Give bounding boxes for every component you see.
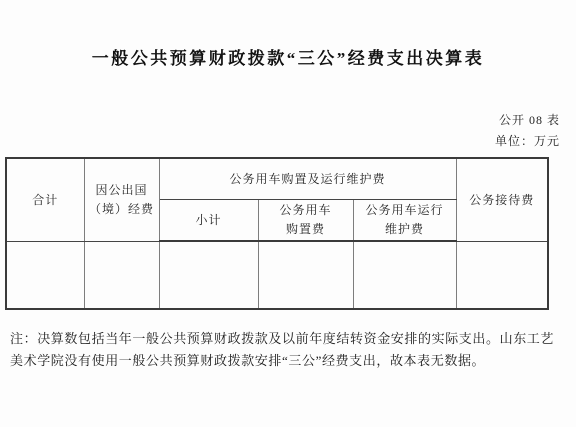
cell-vehicle-purchase	[258, 241, 353, 309]
footnote-line1: 注：决算数包括当年一般公共预算财政拨款及以前年度结转资金安排的实际支出。山东工艺	[10, 328, 554, 350]
col-header-vehicle-maintenance-line2: 维护费	[354, 220, 456, 239]
col-header-vehicle-purchase-line2: 购置费	[259, 220, 353, 239]
document-page: 一般公共预算财政拨款“三公”经费支出决算表 公开 08 表 单位：万元 合计 因…	[0, 0, 576, 427]
cell-subtotal	[159, 241, 258, 309]
col-header-vehicle-purchase: 公务用车 购置费	[258, 199, 353, 241]
form-number-label: 公开 08 表	[495, 110, 560, 131]
col-header-vehicle-group: 公务用车购置及运行维护费	[159, 158, 456, 199]
table-row	[6, 241, 548, 309]
col-header-abroad-line2: （境）经费	[85, 200, 159, 219]
footnote: 注：决算数包括当年一般公共预算财政拨款及以前年度结转资金安排的实际支出。山东工艺…	[10, 328, 554, 372]
col-header-vehicle-maintenance-line1: 公务用车运行	[354, 201, 456, 220]
page-title: 一般公共预算财政拨款“三公”经费支出决算表	[0, 44, 576, 69]
header-row-1: 合计 因公出国 （境）经费 公务用车购置及运行维护费 公务接待费	[6, 158, 548, 199]
col-header-reception: 公务接待费	[456, 158, 548, 241]
cell-total	[6, 241, 84, 309]
table-meta: 公开 08 表 单位：万元	[495, 110, 560, 152]
col-header-subtotal: 小计	[159, 199, 258, 241]
col-header-vehicle-maintenance: 公务用车运行 维护费	[353, 199, 456, 241]
three-public-expense-table: 合计 因公出国 （境）经费 公务用车购置及运行维护费 公务接待费 小计 公务用车…	[5, 157, 549, 310]
footnote-line2: 美术学院没有使用一般公共预算财政拨款安排“三公”经费支出，故本表无数据。	[10, 350, 554, 372]
col-header-total: 合计	[6, 158, 84, 241]
col-header-vehicle-purchase-line1: 公务用车	[259, 201, 353, 220]
unit-label: 单位：万元	[495, 131, 560, 152]
cell-reception	[456, 241, 548, 309]
col-header-abroad-line1: 因公出国	[85, 181, 159, 200]
cell-abroad-funds	[84, 241, 159, 309]
col-header-abroad-funds: 因公出国 （境）经费	[84, 158, 159, 241]
cell-vehicle-maintenance	[353, 241, 456, 309]
